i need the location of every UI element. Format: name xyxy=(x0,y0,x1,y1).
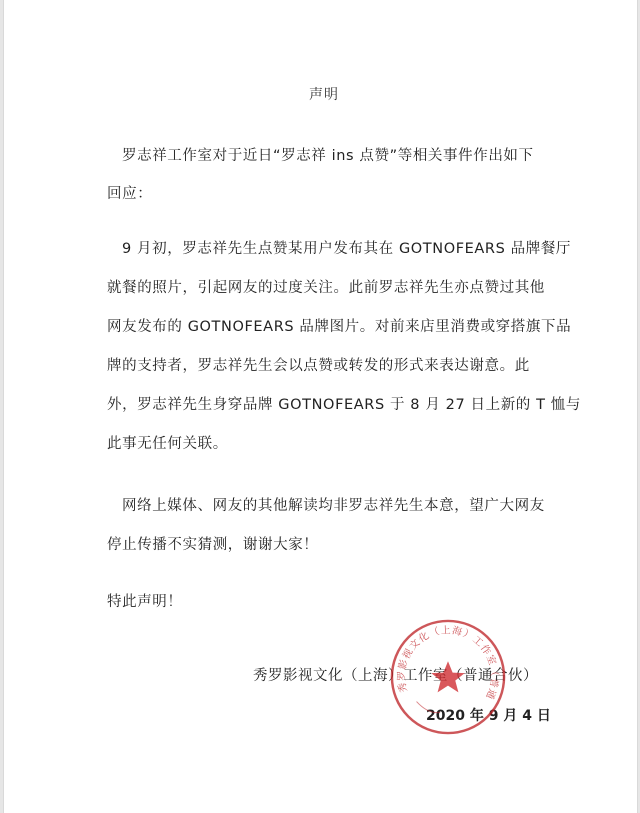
document-page: 声明 罗志祥工作室对于近日“罗志祥 ins 点赞”等相关事件作出如下 回应： 9… xyxy=(3,0,638,813)
document-title: 声明 xyxy=(4,84,640,104)
paragraph-2-line-3: 网友发布的 GOTNOFEARS 品牌图片。对前来店里消费或穿搭旗下品 xyxy=(107,315,571,336)
paragraph-3-line-1: 网络上媒体、网友的其他解读均非罗志祥先生本意，望广大网友 xyxy=(122,494,545,515)
paragraph-2-line-6: 此事无任何关联。 xyxy=(107,432,228,453)
paragraph-1-line-1: 罗志祥工作室对于近日“罗志祥 ins 点赞”等相关事件作出如下 xyxy=(122,144,534,165)
paragraph-2-line-1: 9 月初，罗志祥先生点赞某用户发布其在 GOTNOFEARS 品牌餐厅 xyxy=(122,237,571,258)
paragraph-3-line-2: 停止传播不实猜测，谢谢大家！ xyxy=(107,533,318,554)
paragraph-2-line-4: 牌的支持者，罗志祥先生会以点赞或转发的形式来表达谢意。此 xyxy=(107,354,530,375)
paragraph-1-line-2: 回应： xyxy=(107,182,152,203)
signature-date: 2020 年 9 月 4 日 xyxy=(426,705,551,725)
paragraph-2-line-5: 外，罗志祥先生身穿品牌 GOTNOFEARS 于 8 月 27 日上新的 T 恤… xyxy=(107,393,581,414)
signature-organization: 秀罗影视文化（上海）工作室（普通合伙） xyxy=(253,664,538,685)
svg-text:秀罗影视文化（上海）工作室（普通合伙）: 秀罗影视文化（上海）工作室（普通合伙） xyxy=(389,618,501,702)
closing-statement: 特此声明！ xyxy=(107,590,183,611)
paragraph-2-line-2: 就餐的照片，引起网友的过度关注。此前罗志祥先生亦点赞过其他 xyxy=(107,276,545,297)
